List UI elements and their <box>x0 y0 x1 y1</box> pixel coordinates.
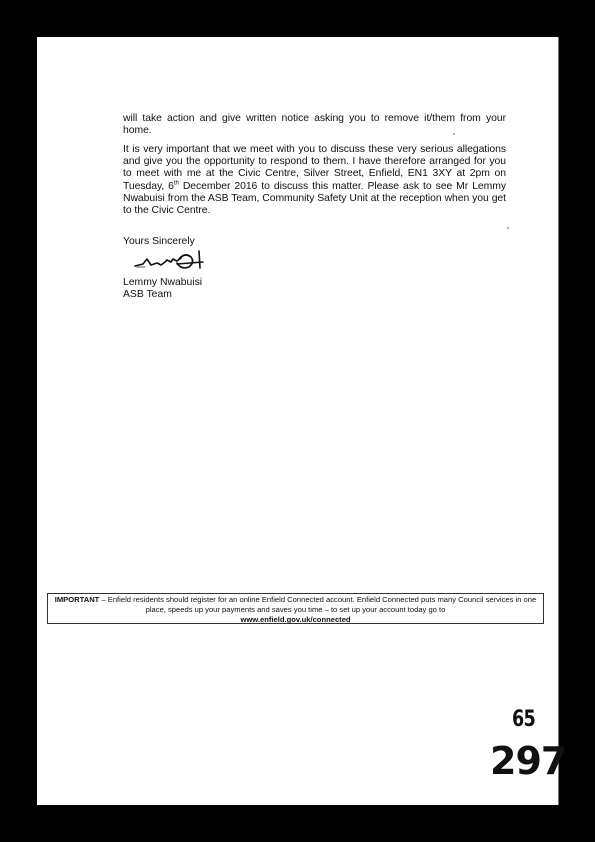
signatory-block: Lemmy Nwabuisi ASB Team <box>123 277 202 302</box>
paragraph-meeting-arrangement: It is very important that we meet with y… <box>123 144 506 217</box>
important-notice-text: – Enfield residents should register for … <box>99 595 536 614</box>
paragraph-meeting-text-2: December 2016 to discuss this matter. Pl… <box>123 181 506 216</box>
handwritten-page-number-large: 297 <box>490 739 566 783</box>
handwritten-page-number-small: 65 <box>512 707 535 732</box>
handwritten-signature <box>133 248 213 272</box>
closing-salutation: Yours Sincerely <box>123 236 195 248</box>
signatory-name: Lemmy Nwabuisi <box>123 277 202 289</box>
scan-speck <box>507 227 509 229</box>
scan-speck <box>453 133 455 135</box>
enfield-connected-link[interactable]: www.enfield.gov.uk/connected <box>240 615 350 624</box>
paragraph-action-notice: will take action and give written notice… <box>123 113 506 137</box>
important-notice-box: IMPORTANT – Enfield residents should reg… <box>47 593 544 624</box>
document-page: will take action and give written notice… <box>37 37 559 805</box>
signatory-team: ASB Team <box>123 289 202 301</box>
important-label: IMPORTANT <box>55 595 100 604</box>
